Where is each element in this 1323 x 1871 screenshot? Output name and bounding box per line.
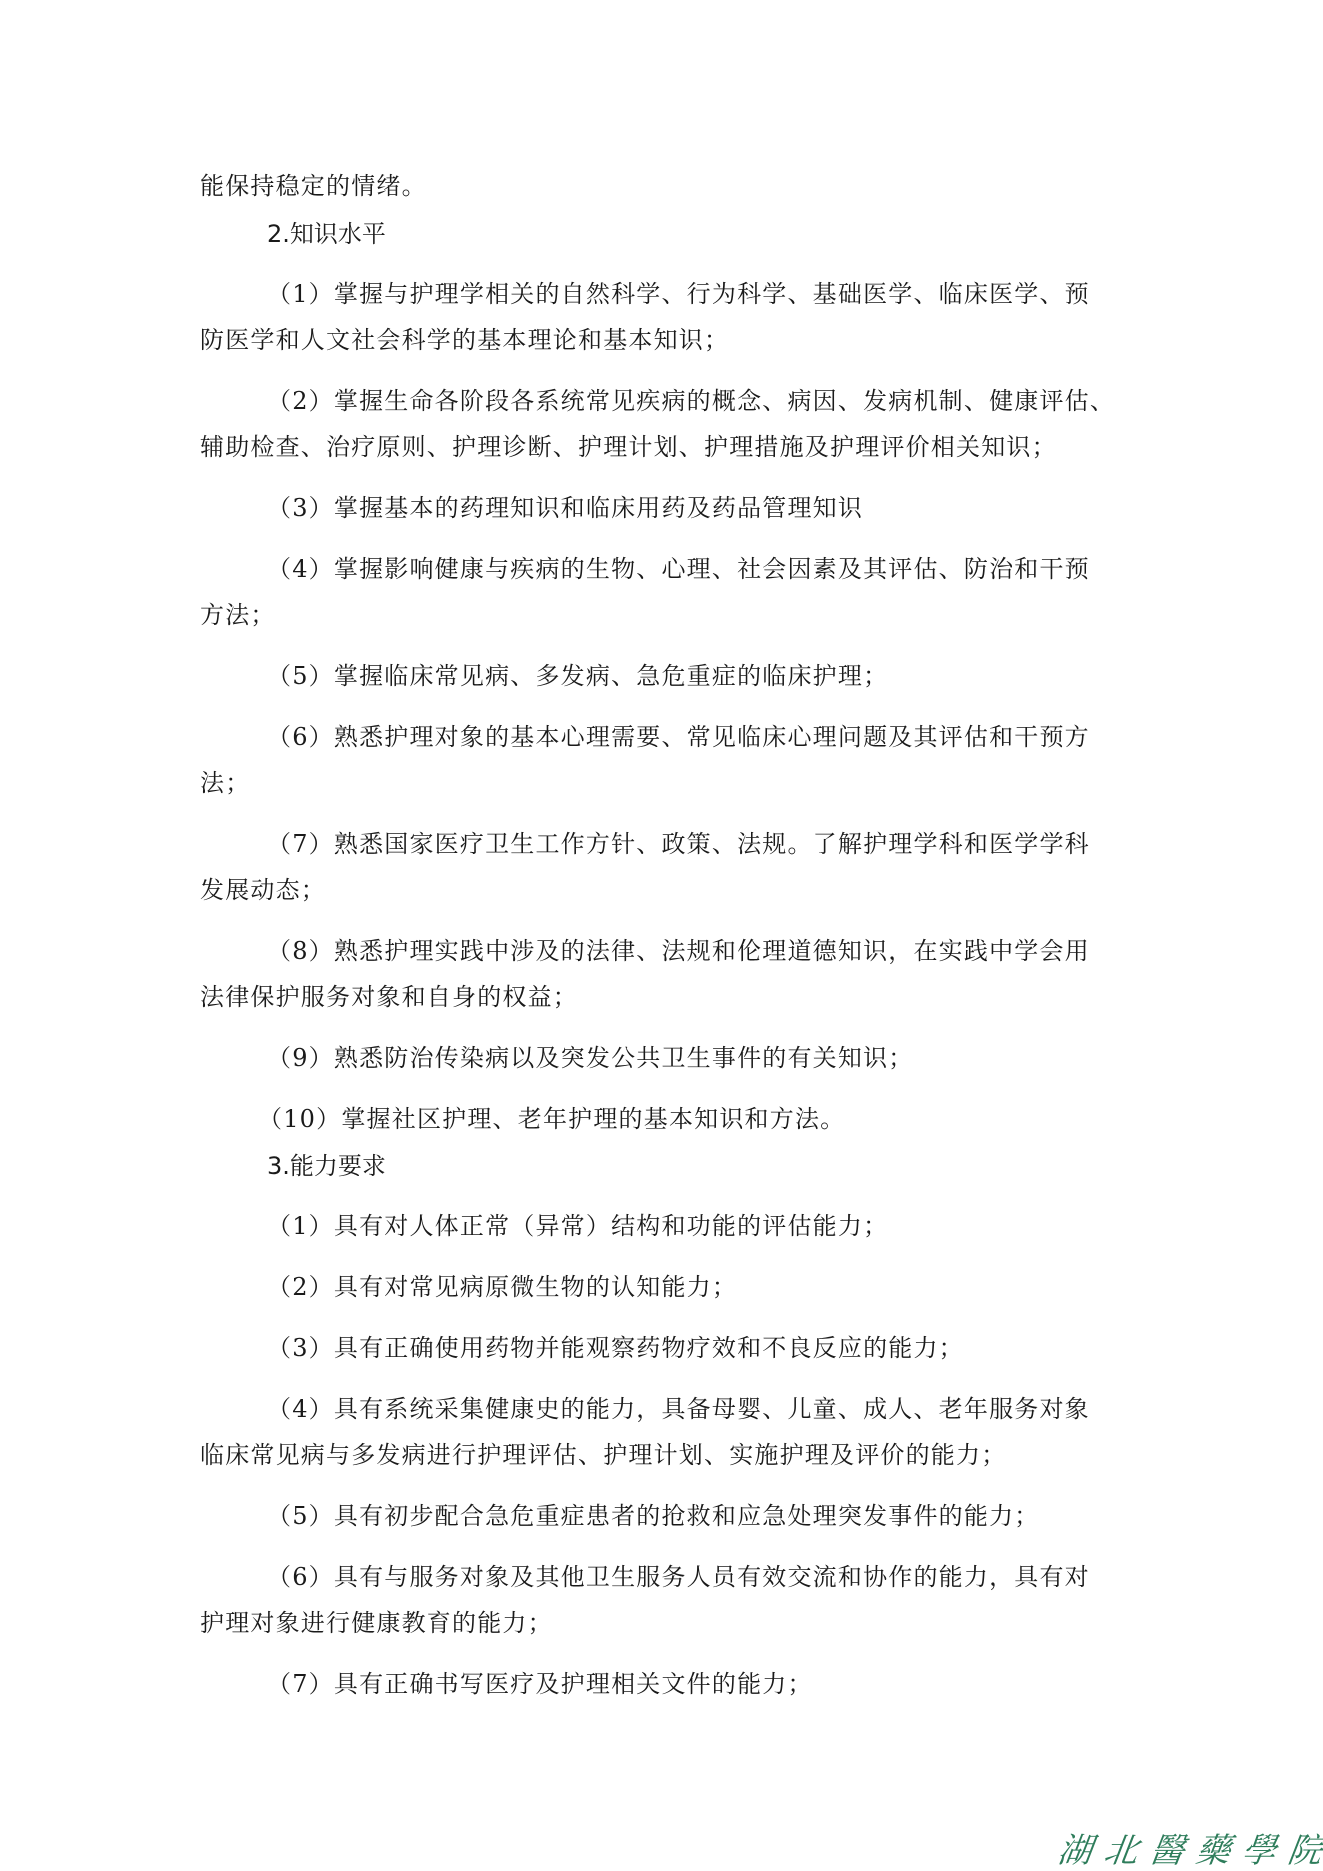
knowledge-item-4-line-2: 方法； — [200, 599, 276, 631]
ability-item-1: （1）具有对人体正常（异常）结构和功能的评估能力； — [267, 1210, 888, 1242]
knowledge-item-6-line-2: 法； — [200, 767, 250, 799]
knowledge-item-1-line-2: 防医学和人文社会科学的基本理论和基本知识； — [200, 324, 729, 356]
knowledge-item-10: （10）掌握社区护理、老年护理的基本知识和方法。 — [258, 1103, 845, 1135]
knowledge-item-1-line-1: （1）掌握与护理学相关的自然科学、行为科学、基础医学、临床医学、预 — [267, 278, 1090, 310]
document-page: 能保持稳定的情绪。 2.知识水平 （1）掌握与护理学相关的自然科学、行为科学、基… — [0, 0, 1323, 1871]
knowledge-item-5: （5）掌握临床常见病、多发病、急危重症的临床护理； — [267, 660, 888, 692]
section-heading-abilities: 3.能力要求 — [267, 1150, 386, 1182]
knowledge-item-8-line-2: 法律保护服务对象和自身的权益； — [200, 981, 578, 1013]
institution-logo: 湖北醫藥學院 — [1055, 1832, 1322, 1870]
ability-item-6-line-1: （6）具有与服务对象及其他卫生服务人员有效交流和协作的能力，具有对 — [267, 1561, 1090, 1593]
knowledge-item-2-line-1: （2）掌握生命各阶段各系统常见疾病的概念、病因、发病机制、健康评估、 — [267, 385, 1115, 417]
knowledge-item-7-line-1: （7）熟悉国家医疗卫生工作方针、政策、法规。了解护理学科和医学学科 — [267, 828, 1090, 860]
ability-item-4-line-1: （4）具有系统采集健康史的能力，具备母婴、儿童、成人、老年服务对象 — [267, 1393, 1090, 1425]
knowledge-item-8-line-1: （8）熟悉护理实践中涉及的法律、法规和伦理道德知识，在实践中学会用 — [267, 935, 1090, 967]
ability-item-6-line-2: 护理对象进行健康教育的能力； — [200, 1607, 553, 1639]
section-heading-knowledge: 2.知识水平 — [267, 218, 386, 250]
ability-item-2: （2）具有对常见病原微生物的认知能力； — [267, 1271, 737, 1303]
knowledge-item-4-line-1: （4）掌握影响健康与疾病的生物、心理、社会因素及其评估、防治和干预 — [267, 553, 1090, 585]
ability-item-3: （3）具有正确使用药物并能观察药物疗效和不良反应的能力； — [267, 1332, 964, 1364]
ability-item-4-line-2: 临床常见病与多发病进行护理评估、护理计划、实施护理及评价的能力； — [200, 1439, 1006, 1471]
knowledge-item-3: （3）掌握基本的药理知识和临床用药及药品管理知识 — [267, 492, 863, 524]
paragraph-continuation: 能保持稳定的情绪。 — [200, 170, 427, 202]
knowledge-item-7-line-2: 发展动态； — [200, 874, 326, 906]
ability-item-5: （5）具有初步配合急危重症患者的抢救和应急处理突发事件的能力； — [267, 1500, 1039, 1532]
knowledge-item-6-line-1: （6）熟悉护理对象的基本心理需要、常见临床心理问题及其评估和干预方 — [267, 721, 1090, 753]
knowledge-item-9: （9）熟悉防治传染病以及突发公共卫生事件的有关知识； — [267, 1042, 913, 1074]
knowledge-item-2-line-2: 辅助检查、治疗原则、护理诊断、护理计划、护理措施及护理评价相关知识； — [200, 431, 1057, 463]
ability-item-7: （7）具有正确书写医疗及护理相关文件的能力； — [267, 1668, 813, 1700]
